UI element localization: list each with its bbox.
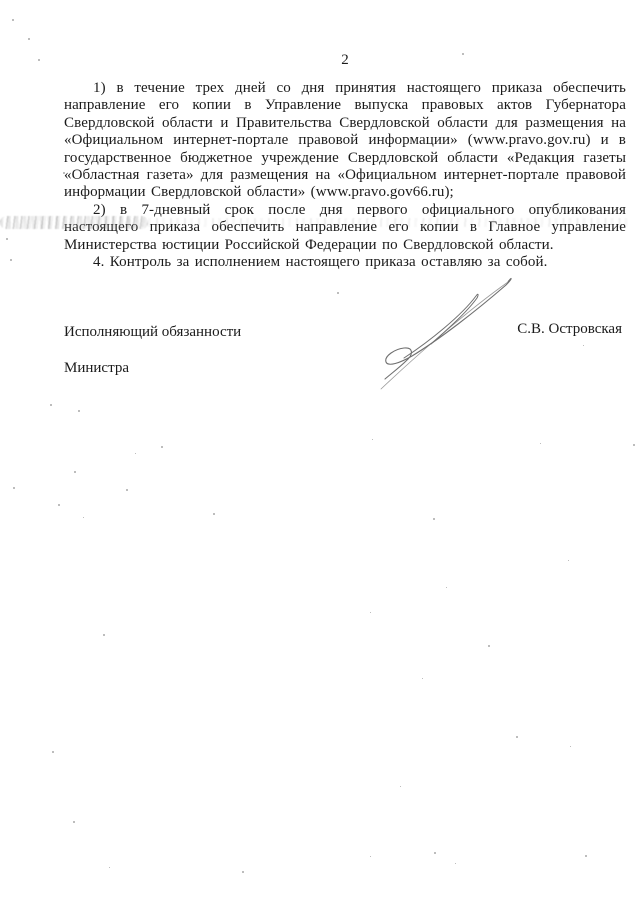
scan-speck [213, 513, 215, 515]
signoff-role-line2: Министра [64, 359, 241, 377]
scan-speck [337, 292, 339, 294]
scan-speck [10, 259, 12, 261]
scan-speck [135, 453, 136, 454]
scan-speck [370, 612, 371, 613]
scan-speck [73, 821, 75, 823]
scan-noise-band [0, 216, 148, 229]
signer-name: С.В. Островская [64, 321, 622, 338]
scan-speck [242, 871, 244, 873]
scan-noise-band [128, 218, 630, 227]
scan-speck [6, 238, 8, 240]
scan-speck [126, 489, 128, 491]
scan-speck [433, 518, 435, 520]
scan-speck [568, 560, 569, 561]
page-number: 2 [64, 52, 626, 69]
scanned-document-page: 2 1) в течение трех дней со дня принятия… [0, 0, 640, 905]
scan-speck [161, 446, 163, 448]
scan-speck [74, 471, 76, 473]
scan-speck [63, 172, 65, 174]
scan-speck [516, 736, 518, 738]
scan-speck [83, 517, 84, 518]
order-body-text: 1) в течение трех дней со дня принятия н… [64, 80, 626, 271]
scan-speck [400, 786, 401, 787]
scan-speck [583, 345, 584, 346]
scan-speck [109, 867, 110, 868]
scan-speck [446, 587, 447, 588]
scan-speck [370, 856, 371, 857]
scan-speck [50, 404, 52, 406]
scan-speck [585, 855, 587, 857]
scan-speck [13, 487, 15, 489]
scan-speck [58, 504, 60, 506]
scan-speck [12, 19, 14, 21]
control-clause-paragraph: 4. Контроль за исполнением настоящего пр… [64, 254, 626, 271]
scan-speck [52, 751, 54, 753]
order-item-2-paragraph: 2) в 7-дневный срок после дня первого оф… [64, 202, 626, 254]
scan-speck [372, 439, 373, 440]
scan-speck [103, 634, 105, 636]
scan-speck [78, 410, 80, 412]
signoff-role: Исполняющий обязанности Министра [64, 305, 241, 395]
scan-speck [488, 645, 490, 647]
scan-speck [455, 863, 456, 864]
scan-speck [28, 38, 30, 40]
scan-speck [462, 53, 464, 55]
order-item-1-paragraph: 1) в течение трех дней со дня принятия н… [64, 80, 626, 202]
scan-speck [38, 59, 40, 61]
scan-speck [422, 678, 423, 679]
scan-speck [434, 852, 436, 854]
scan-speck [540, 443, 541, 444]
scan-speck [570, 746, 571, 747]
scan-speck [633, 444, 635, 446]
